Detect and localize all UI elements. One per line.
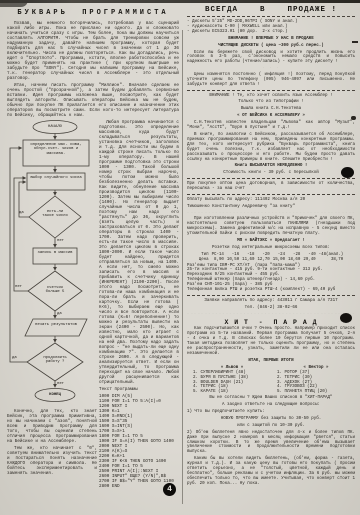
scan-edge-artifact — [0, 0, 360, 3]
stars-separator: ****************************************… — [187, 313, 355, 318]
flow-dec3-label: продолжить работу ? — [37, 356, 73, 365]
book-shipping-line: Книга ВЫСЫЛАЕТСЯ НЕМЕДЛЕННО ! — [187, 164, 355, 169]
flow-print-label: печать результатов — [34, 323, 78, 327]
flow-start-label: НАЧАЛО — [33, 125, 77, 129]
table-cell: 29,40 — [302, 258, 317, 263]
flow-dec2-label: счетчик больше 5 — [40, 286, 70, 295]
payment-address-line: Тимошенко Константину Андреевичу "за кни… — [187, 205, 355, 210]
flow-dec2-yes: да — [57, 312, 62, 316]
book-ad-line: ВНИМАНИЕ ! Те, кто хочет освоить язык Ас… — [187, 94, 355, 99]
table-row-prices: Цена 8,90 10,50 11,60 12,70 15,00 18,60 … — [197, 258, 344, 263]
question-option: или с защитой по 10-30 руб. — [187, 424, 355, 429]
article-title: БУКВАРЬ ПРОГРАММИСТА — [7, 9, 179, 17]
hit-outro-line: Вы не согласны ? Ждем Ваших списков в "Х… — [187, 396, 355, 401]
stars-separator: ****************************************… — [187, 212, 355, 217]
connectors-price-list: Раз'емы типа IBM-PC XT/AT (пара "папа-ма… — [187, 264, 355, 293]
page-number: 4 — [167, 485, 172, 494]
flow-dec1-yes: да — [19, 211, 24, 215]
payment-address-line: Оплату высылать по адресу: 111402 Москва… — [187, 198, 355, 203]
table-cell: РС-14 — [210, 253, 225, 258]
table-cell: Цена — [197, 258, 210, 263]
hit-parade-lists: « Львов » 1. СУПЕРЛАБИРИНТ (48) 2. БУРЯ … — [193, 366, 355, 396]
basic-code-listing: 1000 DIM A(5) 1100 FOR I=1 TO 5:A(I)=0 1… — [99, 394, 179, 489]
book-ad-line: Вышла книга С.Н.Текотева — [187, 107, 355, 112]
hit-parade-intro: Как подсчитываются очки ? Очень просто. … — [187, 327, 355, 356]
table-cell: 12,70 — [256, 258, 271, 263]
flow-dec2-no: нет — [15, 285, 22, 289]
dashed-separator — [187, 90, 355, 92]
book-title: « ОТ БЕЙСИКА К АССЕМБЛЕРУ » — [187, 114, 355, 119]
article-body-row: НАЧАЛО определение мас- сива, обнул.счет… — [7, 120, 179, 489]
dashed-separator — [187, 295, 355, 297]
article-paragraph: Любая программа начинается с подготовки.… — [99, 120, 179, 385]
hit-list-vektor: « Вектор » 1. РОТОР (37) 2. ТЕТРИС (30) … — [277, 366, 355, 396]
dashed-separator — [187, 194, 355, 196]
flow-step3-label: запись в массив — [35, 251, 75, 255]
question-paragraph: 2) Об'ем бюллетеня явно недостаточен для… — [187, 431, 355, 456]
attention-line: ЧИСТЯЩИЕ ДИСКЕТЫ ( цена ~300 руб.с перес… — [187, 44, 355, 49]
hit-list-item: 5. КАРАТЕ (18) — [193, 390, 271, 395]
flow-step1-label: определение мас- сива, обнул.счет- чиков… — [25, 143, 87, 156]
page-number-badge: 4 — [163, 483, 176, 496]
orders-phone-line: тел. (846-2) 38-02-66 — [187, 306, 355, 311]
hit-results-title: ИТАК, ПЕРВЫЕ ИТОГИ — [187, 359, 355, 364]
stars-separator: * * * — [187, 67, 355, 72]
article-column: БУКВАРЬ ПРОГРАММИСТА Позвав, мы немного … — [7, 7, 179, 489]
ad-paragraph: Цены изменятся постоянно ( инфляция !) п… — [187, 73, 355, 88]
company-offer-line: МП « БАЙТЭКС » предлагает ! — [187, 239, 355, 244]
sockets-line: Розетки под интегральные микросхемы всех… — [187, 246, 355, 251]
dashed-separator — [187, 178, 355, 180]
hit-outro-line: А заодно ответьте на следующие вопросы: — [187, 403, 355, 408]
question-line: 1) Что вы предпочитаете купить: — [187, 410, 355, 415]
flow-step2-label: выбор случайного числа — [29, 176, 83, 180]
column-divider — [182, 30, 183, 504]
ad-paragraph: В книге, по аналогии с Бейсиком, рассказ… — [187, 133, 355, 162]
article-narrative: Любая программа начинается с подготовки.… — [99, 120, 179, 489]
table-cell: 11,60 — [241, 258, 256, 263]
ad-paragraph: С.Н.Текотев известен владельцам "Львова"… — [187, 121, 355, 131]
ad-paragraph: При покупке оптом цена договорная, в зав… — [187, 182, 355, 192]
book-ad-line: Только что из типографии ! — [187, 100, 355, 105]
scan-corner-smudge — [0, 0, 28, 7]
article-paragraph: Позвав, мы немного погорячились, потребо… — [7, 21, 179, 81]
ad-paragraph: Если вы бережете свой дисковод и хотите … — [187, 51, 355, 66]
ad-paragraph: При изготовлении различных устройств и "… — [187, 217, 355, 237]
question-paragraph: Каким бы вы хотели видеть бюллетень, (об… — [187, 457, 355, 486]
table-cell: 18,60 — [287, 258, 302, 263]
article-paragraph: Конечно, для тех, кто знает Бейсик, эта … — [7, 409, 97, 444]
orders-address-line: Заявки направлять по адресу: 443011 г Са… — [187, 299, 355, 304]
table-cell: 10,50 — [225, 258, 240, 263]
flowchart-and-outro: НАЧАЛО определение мас- сива, обнул.счет… — [7, 120, 97, 489]
hit-list-item: 5. ПЛАНЕТА ПТИЦ (20) — [277, 390, 355, 395]
flow-dec1-no: нет — [57, 239, 64, 243]
attention-line: ВНИМАНИЕ ! ВПЕРВЫЕ У НАС В ПРОДАЖЕ — [187, 37, 355, 42]
dashed-separator — [187, 16, 355, 18]
flow-dec1-label: есть-ли такое число — [40, 210, 70, 219]
article-paragraph: Тем же, кто начинает с "0", советуем вни… — [7, 446, 97, 476]
hit-parade-title: Х И Т - П А Р А Д — [187, 319, 355, 326]
algorithm-flowchart: НАЧАЛО определение мас- сива, обнул.счет… — [7, 120, 97, 406]
table-cell: 8,90 — [210, 258, 225, 263]
flow-dec3-yes: да — [12, 356, 17, 360]
flow-end-label: КОНЕЦ — [35, 393, 75, 397]
table-cell: 38,70 — [317, 258, 345, 263]
hit-list-lvov: « Львов » 1. СУПЕРЛАБИРИНТ (48) 2. БУРЯ … — [193, 366, 271, 396]
flow-dec3-no: нет — [57, 382, 64, 386]
code-listing-caption: Текст программы — [99, 387, 179, 392]
ads-column: ВСЕГДА В ПРОДАЖЕ ! - Дискеты 5'25" MD-2D… — [187, 5, 355, 489]
article-paragraph: Итак, начнем писать программу "Миллион".… — [7, 83, 179, 118]
question-option: НОВУЮ ПРОГРАММУ без защиты по 30-50 руб. — [187, 417, 355, 422]
table-cell: -48(анал.) — [317, 253, 345, 258]
sale-section-title: ВСЕГДА В ПРОДАЖЕ ! — [187, 6, 355, 14]
scanned-magazine-page: БУКВАРЬ ПРОГРАММИСТА Позвав, мы немного … — [0, 0, 360, 515]
book-price-line: Стоимость книги - 30 руб. с пересылкой — [187, 171, 355, 176]
socket-price-table: Тип РС-14 -16 -18 -20 -24 -28 -40 -48(ан… — [197, 253, 344, 263]
table-cell: 15,00 — [271, 258, 286, 263]
sale-items-list: - Дискеты 5'25" MD-2DD,96TPI ( SONY и ан… — [187, 20, 355, 35]
